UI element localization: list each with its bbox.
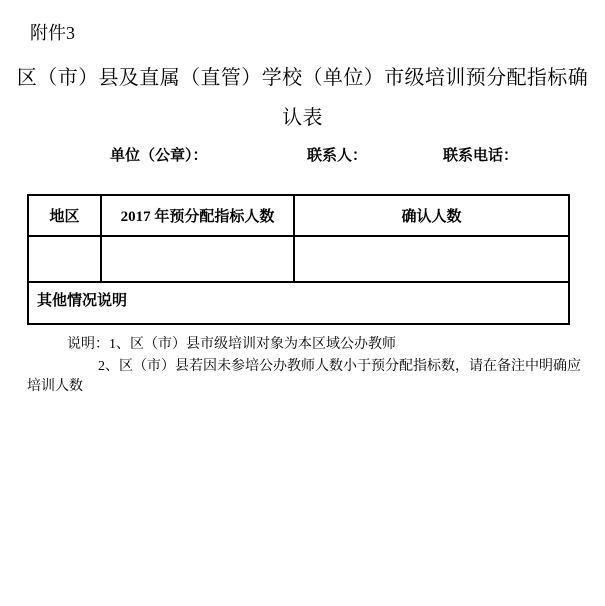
quota-2017-input-cell[interactable]: [101, 236, 294, 282]
unit-seal-label: 单位（公章）：: [110, 147, 208, 165]
other-notes-row: 其他情况说明: [28, 282, 569, 324]
contact-phone-label: 联系电话：: [443, 147, 518, 165]
document-page: 附件3 区（市）县及直属（直管）学校（单位）市级培训预分配指标确 认表 单位（公…: [0, 0, 605, 606]
note-line-2: 2、区（市）县若因未参培公办教师人数小于预分配指标数，请在备注中明确应: [98, 358, 581, 375]
form-title-line1: 区（市）县及直属（直管）学校（单位）市级培训预分配指标确: [0, 58, 605, 98]
header-cell-region: 地区: [28, 195, 101, 236]
header-cell-confirmed: 确认人数: [294, 195, 569, 236]
form-title: 区（市）县及直属（直管）学校（单位）市级培训预分配指标确 认表: [0, 58, 605, 138]
contact-person-label: 联系人：: [307, 147, 367, 165]
other-notes-label: 其他情况说明: [29, 283, 127, 310]
region-input-cell[interactable]: [28, 236, 101, 282]
attachment-label: 附件3: [30, 22, 75, 44]
quota-table: 地区 2017 年预分配指标人数 确认人数 其他情况说明: [27, 194, 570, 325]
confirmed-input-cell[interactable]: [294, 236, 569, 282]
note-line-1: 说明：1、区（市）县市级培训对象为本区域公办教师: [67, 336, 396, 353]
form-title-line2: 认表: [0, 98, 605, 138]
note-line-3: 培训人数: [27, 378, 83, 395]
table-header-row: 地区 2017 年预分配指标人数 确认人数: [28, 195, 569, 236]
table-data-row: [28, 236, 569, 282]
other-notes-cell[interactable]: 其他情况说明: [28, 282, 569, 324]
header-cell-quota-2017: 2017 年预分配指标人数: [101, 195, 294, 236]
